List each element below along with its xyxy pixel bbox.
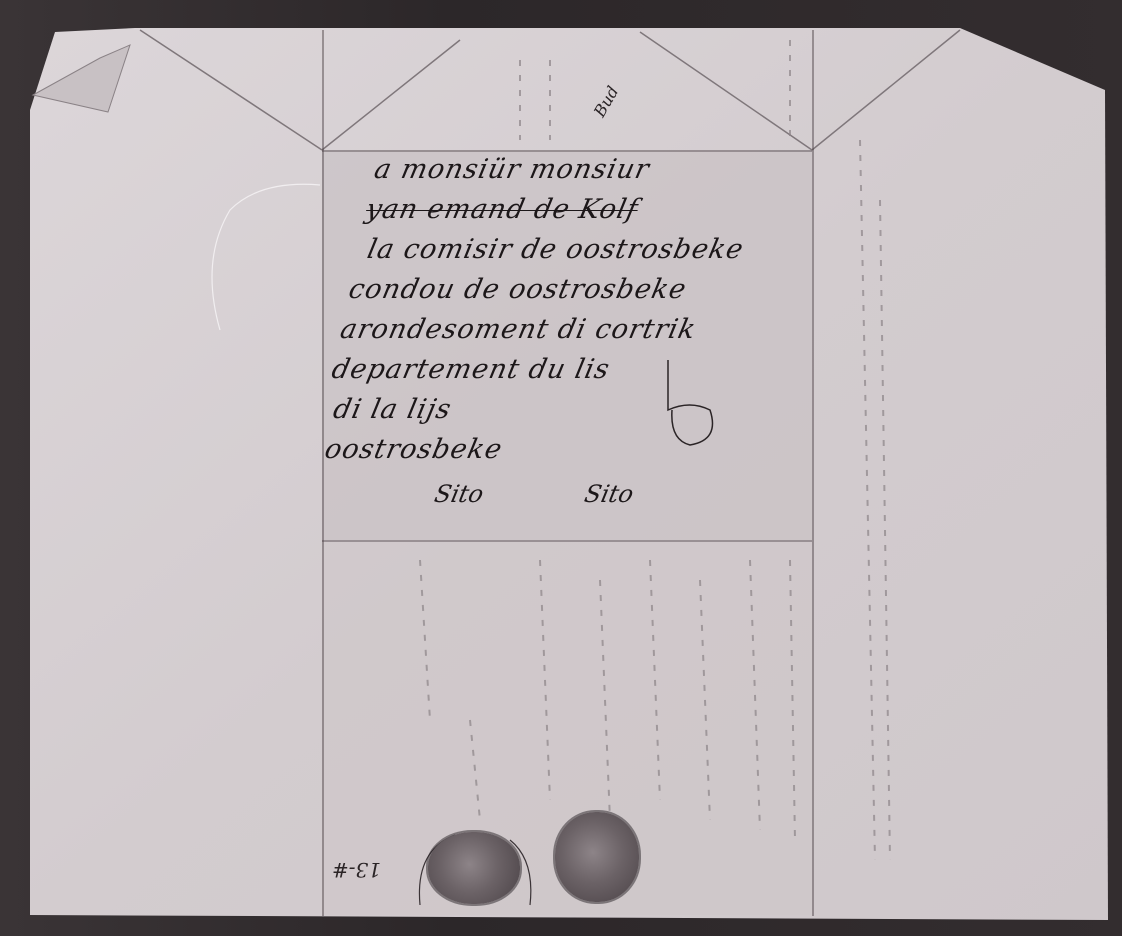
address-block: a monsiür monsiur yan emand de Kolf la c…	[311, 150, 849, 470]
signature-right: Sito	[582, 480, 636, 508]
address-line: la comisir de oostrosbeke	[354, 230, 833, 270]
catalog-number: 13-#	[332, 858, 381, 882]
fold-line-middle	[322, 540, 812, 542]
address-line: oostrosbeke	[311, 430, 790, 470]
wax-seal-right	[555, 812, 639, 902]
address-line: a monsiür monsiur	[371, 150, 850, 190]
address-line: condou de oostrosbeke	[345, 270, 824, 310]
address-line: yan emand de Kolf	[362, 190, 841, 230]
address-line: departement du lis	[328, 350, 807, 390]
address-line: arondesoment di cortrik	[336, 310, 815, 350]
fold-line-left	[322, 30, 324, 916]
address-line: di la lijs	[319, 390, 798, 430]
wax-seal-left	[428, 832, 520, 904]
signature-left: Sito	[432, 480, 486, 508]
